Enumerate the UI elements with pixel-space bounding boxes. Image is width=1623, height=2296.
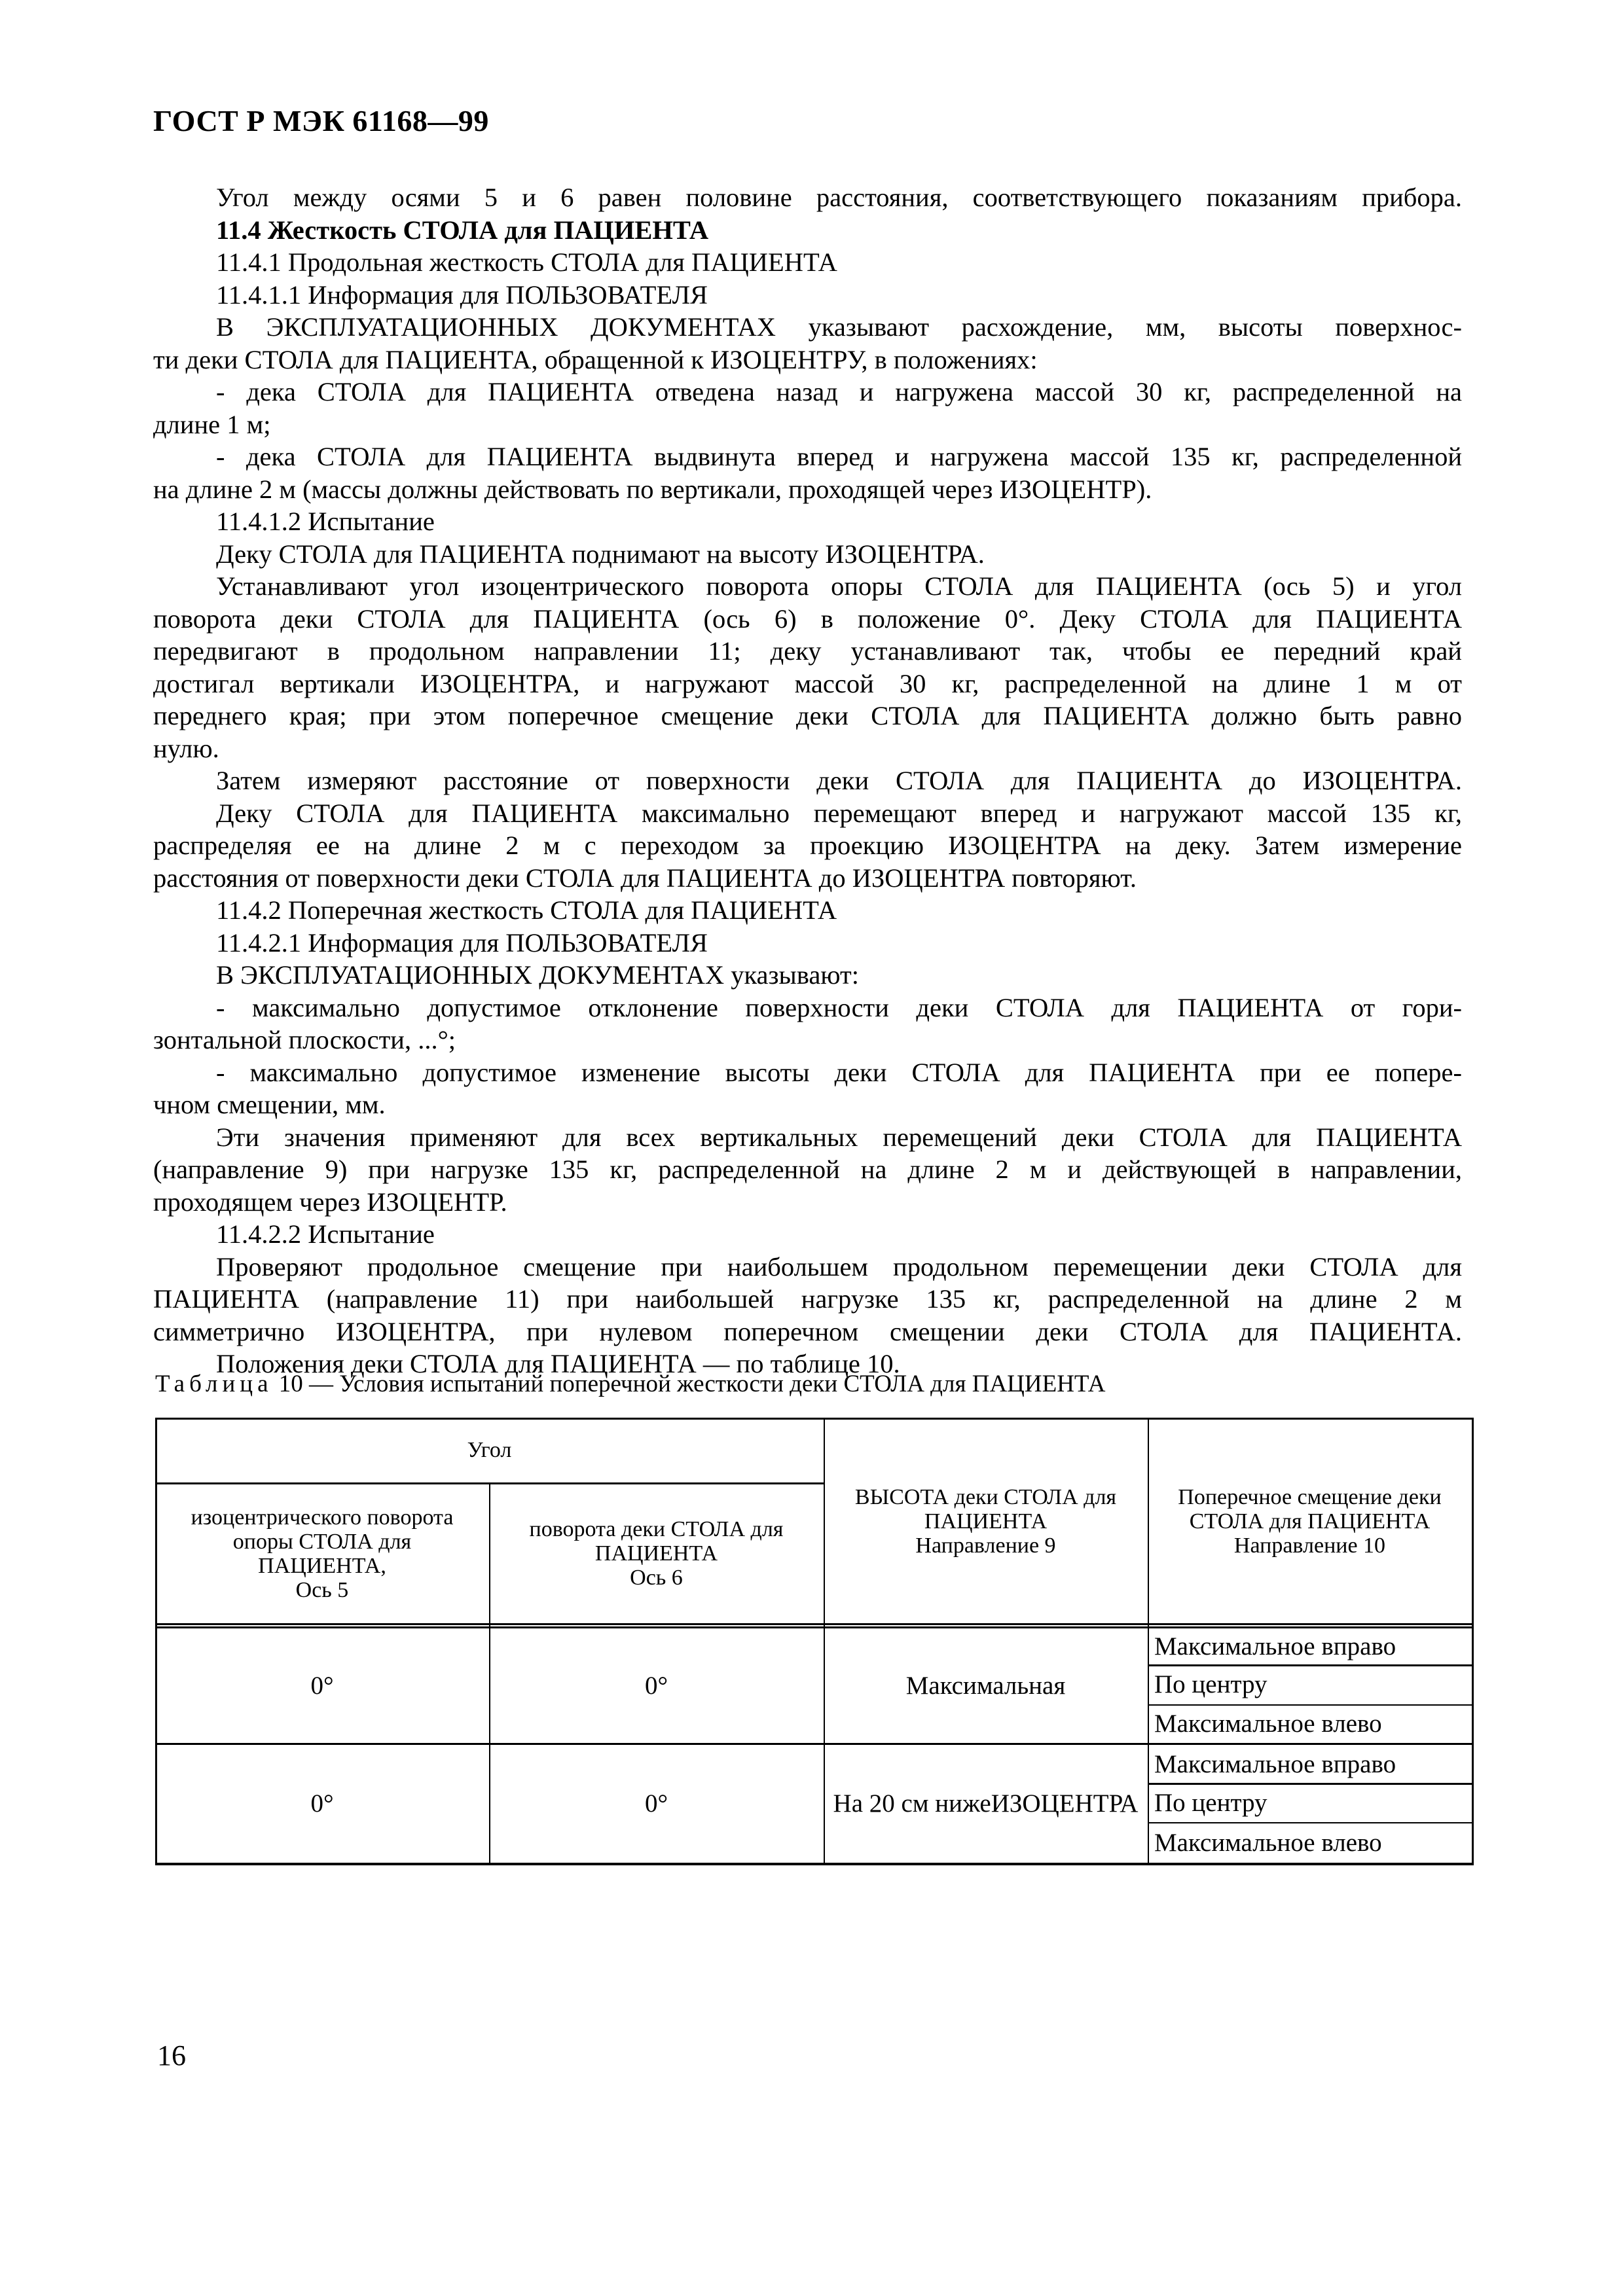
table-rule [1472, 1418, 1474, 1865]
header-axis-6: поворота деки СТОЛА дляПАЦИЕНТАОсь 6 [489, 1482, 824, 1624]
text-line: 11.4.1.2 Испытание [216, 505, 1462, 538]
cell-axis-5: 0° [155, 1745, 489, 1863]
text-line: расстояния от поверхности деки СТОЛА для… [153, 862, 1462, 895]
text-line: Затем измеряют расстояние от поверхности… [216, 764, 1462, 797]
cell-text: СТОЛА для ПАЦИЕНТА [1178, 1509, 1441, 1534]
text-line: 11.4.2 Поперечная жесткость СТОЛА для ПА… [216, 894, 1462, 927]
text-line: ти деки СТОЛА для ПАЦИЕНТА, обращенной к… [153, 344, 1462, 376]
cell-axis-6: 0° [489, 1745, 824, 1863]
cell-text: 0° [310, 1789, 333, 1818]
text-line: ПАЦИЕНТА (направление 11) при наибольшей… [153, 1283, 1462, 1316]
text-line: поворота деки СТОЛА для ПАЦИЕНТА (ось 6)… [153, 603, 1462, 636]
cell-text: Ось 5 [191, 1578, 454, 1602]
text-line: распределяя ее на длине 2 м с переходом … [153, 829, 1462, 862]
cell-text: Направление 10 [1178, 1534, 1441, 1558]
cell-text: опоры СТОЛА для [191, 1530, 454, 1554]
header-offset: Поперечное смещение декиСТОЛА для ПАЦИЕН… [1148, 1418, 1472, 1624]
text-line: симметрично ИЗОЦЕНТРА, при нулевом попер… [153, 1316, 1462, 1348]
text-line: длине 1 м; [153, 408, 1462, 441]
table-rule [155, 1863, 1474, 1865]
text-line: В ЭКСПЛУАТАЦИОННЫХ ДОКУМЕНТАХ указывают: [216, 959, 1462, 992]
table-caption: Таблица 10 — Условия испытаний поперечно… [155, 1370, 1105, 1398]
text-line: - дека СТОЛА для ПАЦИЕНТА отведена назад… [216, 376, 1462, 408]
text-line: зонтальной плоскости, ...°; [153, 1024, 1462, 1056]
header-axis-5: изоцентрического поворотаопоры СТОЛА для… [155, 1482, 489, 1624]
cell-text: 0° [645, 1672, 668, 1700]
table-caption-text: 10 — Условия испытаний поперечной жестко… [273, 1371, 1106, 1397]
cell-axis-6: 0° [489, 1628, 824, 1743]
cell-text: Максимальная [906, 1672, 1066, 1700]
text-line: достигал вертикали ИЗОЦЕНТРА, и нагружаю… [153, 668, 1462, 700]
text-line: 11.4.1 Продольная жесткость СТОЛА для ПА… [216, 246, 1462, 279]
text-line: Деку СТОЛА для ПАЦИЕНТА максимально пере… [216, 797, 1462, 830]
page-number: 16 [157, 2039, 186, 2072]
cell-offset: Максимальное влево [1148, 1822, 1472, 1863]
cell-offset: Максимальное вправо [1148, 1745, 1472, 1783]
cell-text: На 20 см ниже [833, 1789, 991, 1818]
text-line: переднего края; при этом поперечное смещ… [153, 700, 1462, 732]
cell-text: ИЗОЦЕНТРА [991, 1789, 1139, 1818]
text-line: - максимально допустимое изменение высот… [216, 1056, 1462, 1089]
cell-text: ВЫСОТА деки СТОЛА для [855, 1485, 1116, 1509]
cell-text: ПАЦИЕНТА [530, 1541, 784, 1566]
table-caption-label: Таблица [155, 1371, 273, 1397]
text-line: Деку СТОЛА для ПАЦИЕНТА поднимают на выс… [216, 538, 1462, 571]
cell-text: 0° [310, 1672, 333, 1700]
cell-text: 0° [645, 1789, 668, 1818]
text-line: 11.4.2.2 Испытание [216, 1218, 1462, 1251]
text-line: Проверяют продольное смещение при наибол… [216, 1251, 1462, 1283]
text-line: 11.4 Жесткость СТОЛА для ПАЦИЕНТА [216, 214, 1462, 247]
text-line: на длине 2 м (массы должны действовать п… [153, 473, 1462, 506]
group-header-angle: Угол [155, 1418, 824, 1482]
cell-text: Ось 6 [530, 1566, 784, 1590]
header-height: ВЫСОТА деки СТОЛА дляПАЦИЕНТАНаправление… [824, 1418, 1148, 1624]
cell-offset: Максимальное вправо [1148, 1628, 1472, 1664]
text-line: проходящем через ИЗОЦЕНТР. [153, 1186, 1462, 1219]
cell-offset: По центру [1148, 1783, 1472, 1822]
text-line: (направление 9) при нагрузке 135 кг, рас… [153, 1153, 1462, 1186]
text-line: нулю. [153, 732, 1462, 765]
text-line: Угол между осями 5 и 6 равен половине ра… [216, 181, 1462, 214]
cell-text: изоцентрического поворота [191, 1505, 454, 1530]
text-line: - максимально допустимое отклонение пове… [216, 992, 1462, 1024]
cell-axis-5: 0° [155, 1628, 489, 1743]
cell-offset: Максимальное влево [1148, 1704, 1472, 1743]
text-line: В ЭКСПЛУАТАЦИОННЫХ ДОКУМЕНТАХ указывают … [216, 311, 1462, 344]
cell-text: ПАЦИЕНТА [855, 1509, 1116, 1534]
text-line: - дека СТОЛА для ПАЦИЕНТА выдвинута впер… [216, 440, 1462, 473]
text-line: чном смещении, мм. [153, 1088, 1462, 1121]
document-header: ГОСТ Р МЭК 61168—99 [153, 103, 489, 138]
text-line: 11.4.2.1 Информация для ПОЛЬЗОВАТЕЛЯ [216, 927, 1462, 960]
text-line: Устанавливают угол изоцентрического пово… [216, 570, 1462, 603]
cell-text: Поперечное смещение деки [1178, 1485, 1441, 1509]
text-line: Эти значения применяют для всех вертикал… [216, 1121, 1462, 1154]
cell-text: Угол [467, 1438, 512, 1462]
cell-height: На 20 см нижеИЗОЦЕНТРА [824, 1745, 1148, 1863]
cell-offset: По центру [1148, 1664, 1472, 1704]
text-line: передвигают в продольном направлении 11;… [153, 635, 1462, 668]
text-line: 11.4.1.1 Информация для ПОЛЬЗОВАТЕЛЯ [216, 279, 1462, 312]
cell-text: поворота деки СТОЛА для [530, 1517, 784, 1541]
cell-text: Направление 9 [855, 1534, 1116, 1558]
cell-height: Максимальная [824, 1628, 1148, 1743]
cell-text: ПАЦИЕНТА, [191, 1554, 454, 1578]
